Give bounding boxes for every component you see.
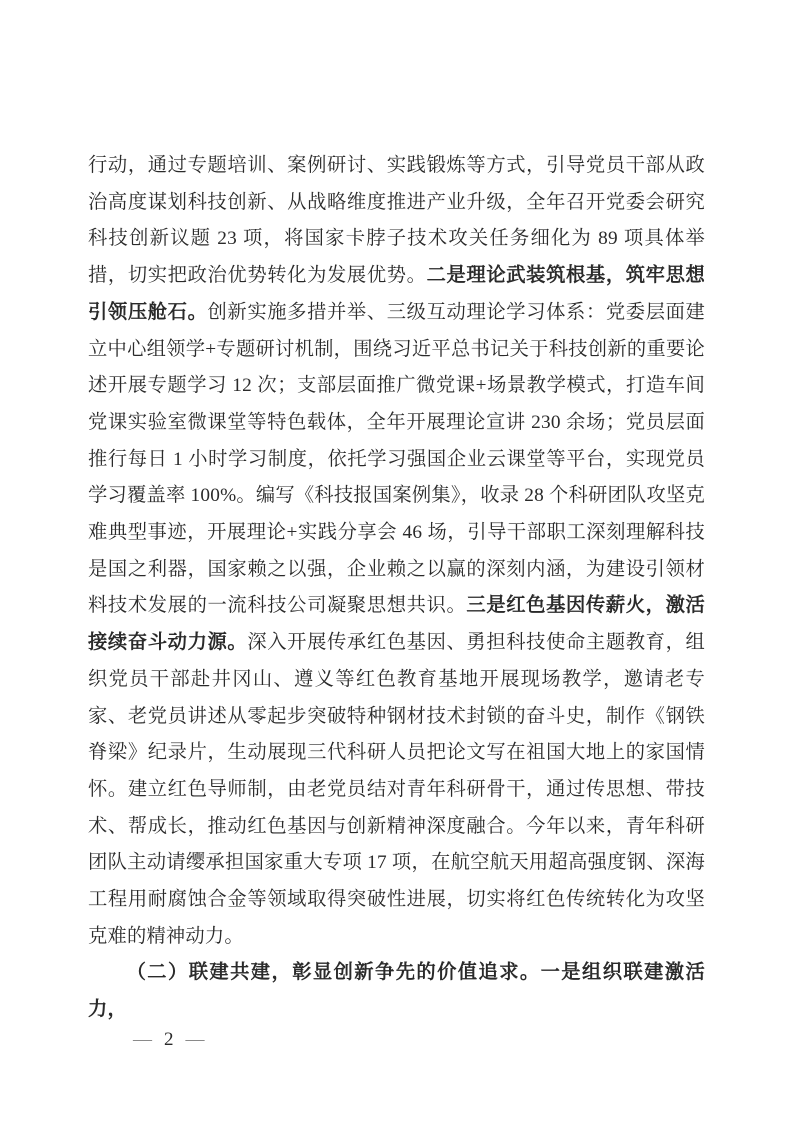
document-page: 行动，通过专题培训、案例研讨、实践锻炼等方式，引导党员干部从政治高度谋划科技创新…	[0, 0, 793, 1122]
paragraph-section-2: （二）联建共建，彰显创新争先的价值追求。一是组织联建激活力，	[88, 955, 705, 1028]
page-number: 2	[152, 1029, 186, 1050]
page-number-right-dash: —	[186, 1029, 205, 1050]
body-text-run: 创新实施多措并举、三级互动理论学习体系：党委层面建立中心组领学+专题研讨机制，围…	[88, 302, 705, 617]
page-number-left-dash: —	[133, 1029, 152, 1050]
page-number-footer: —2—	[133, 1026, 205, 1054]
paragraph-continuation: 行动，通过专题培训、案例研讨、实践锻炼等方式，引导党员干部从政治高度谋划科技创新…	[88, 148, 705, 955]
body-text-run: 深入开展传承红色基因、勇担科技使命主题教育，组织党员干部赴井冈山、遵义等红色教育…	[88, 632, 705, 947]
section-heading: （二）联建共建，彰显创新争先的价值追求。	[127, 962, 541, 983]
document-body: 行动，通过专题培训、案例研讨、实践锻炼等方式，引导党员干部从政治高度谋划科技创新…	[88, 148, 705, 1029]
